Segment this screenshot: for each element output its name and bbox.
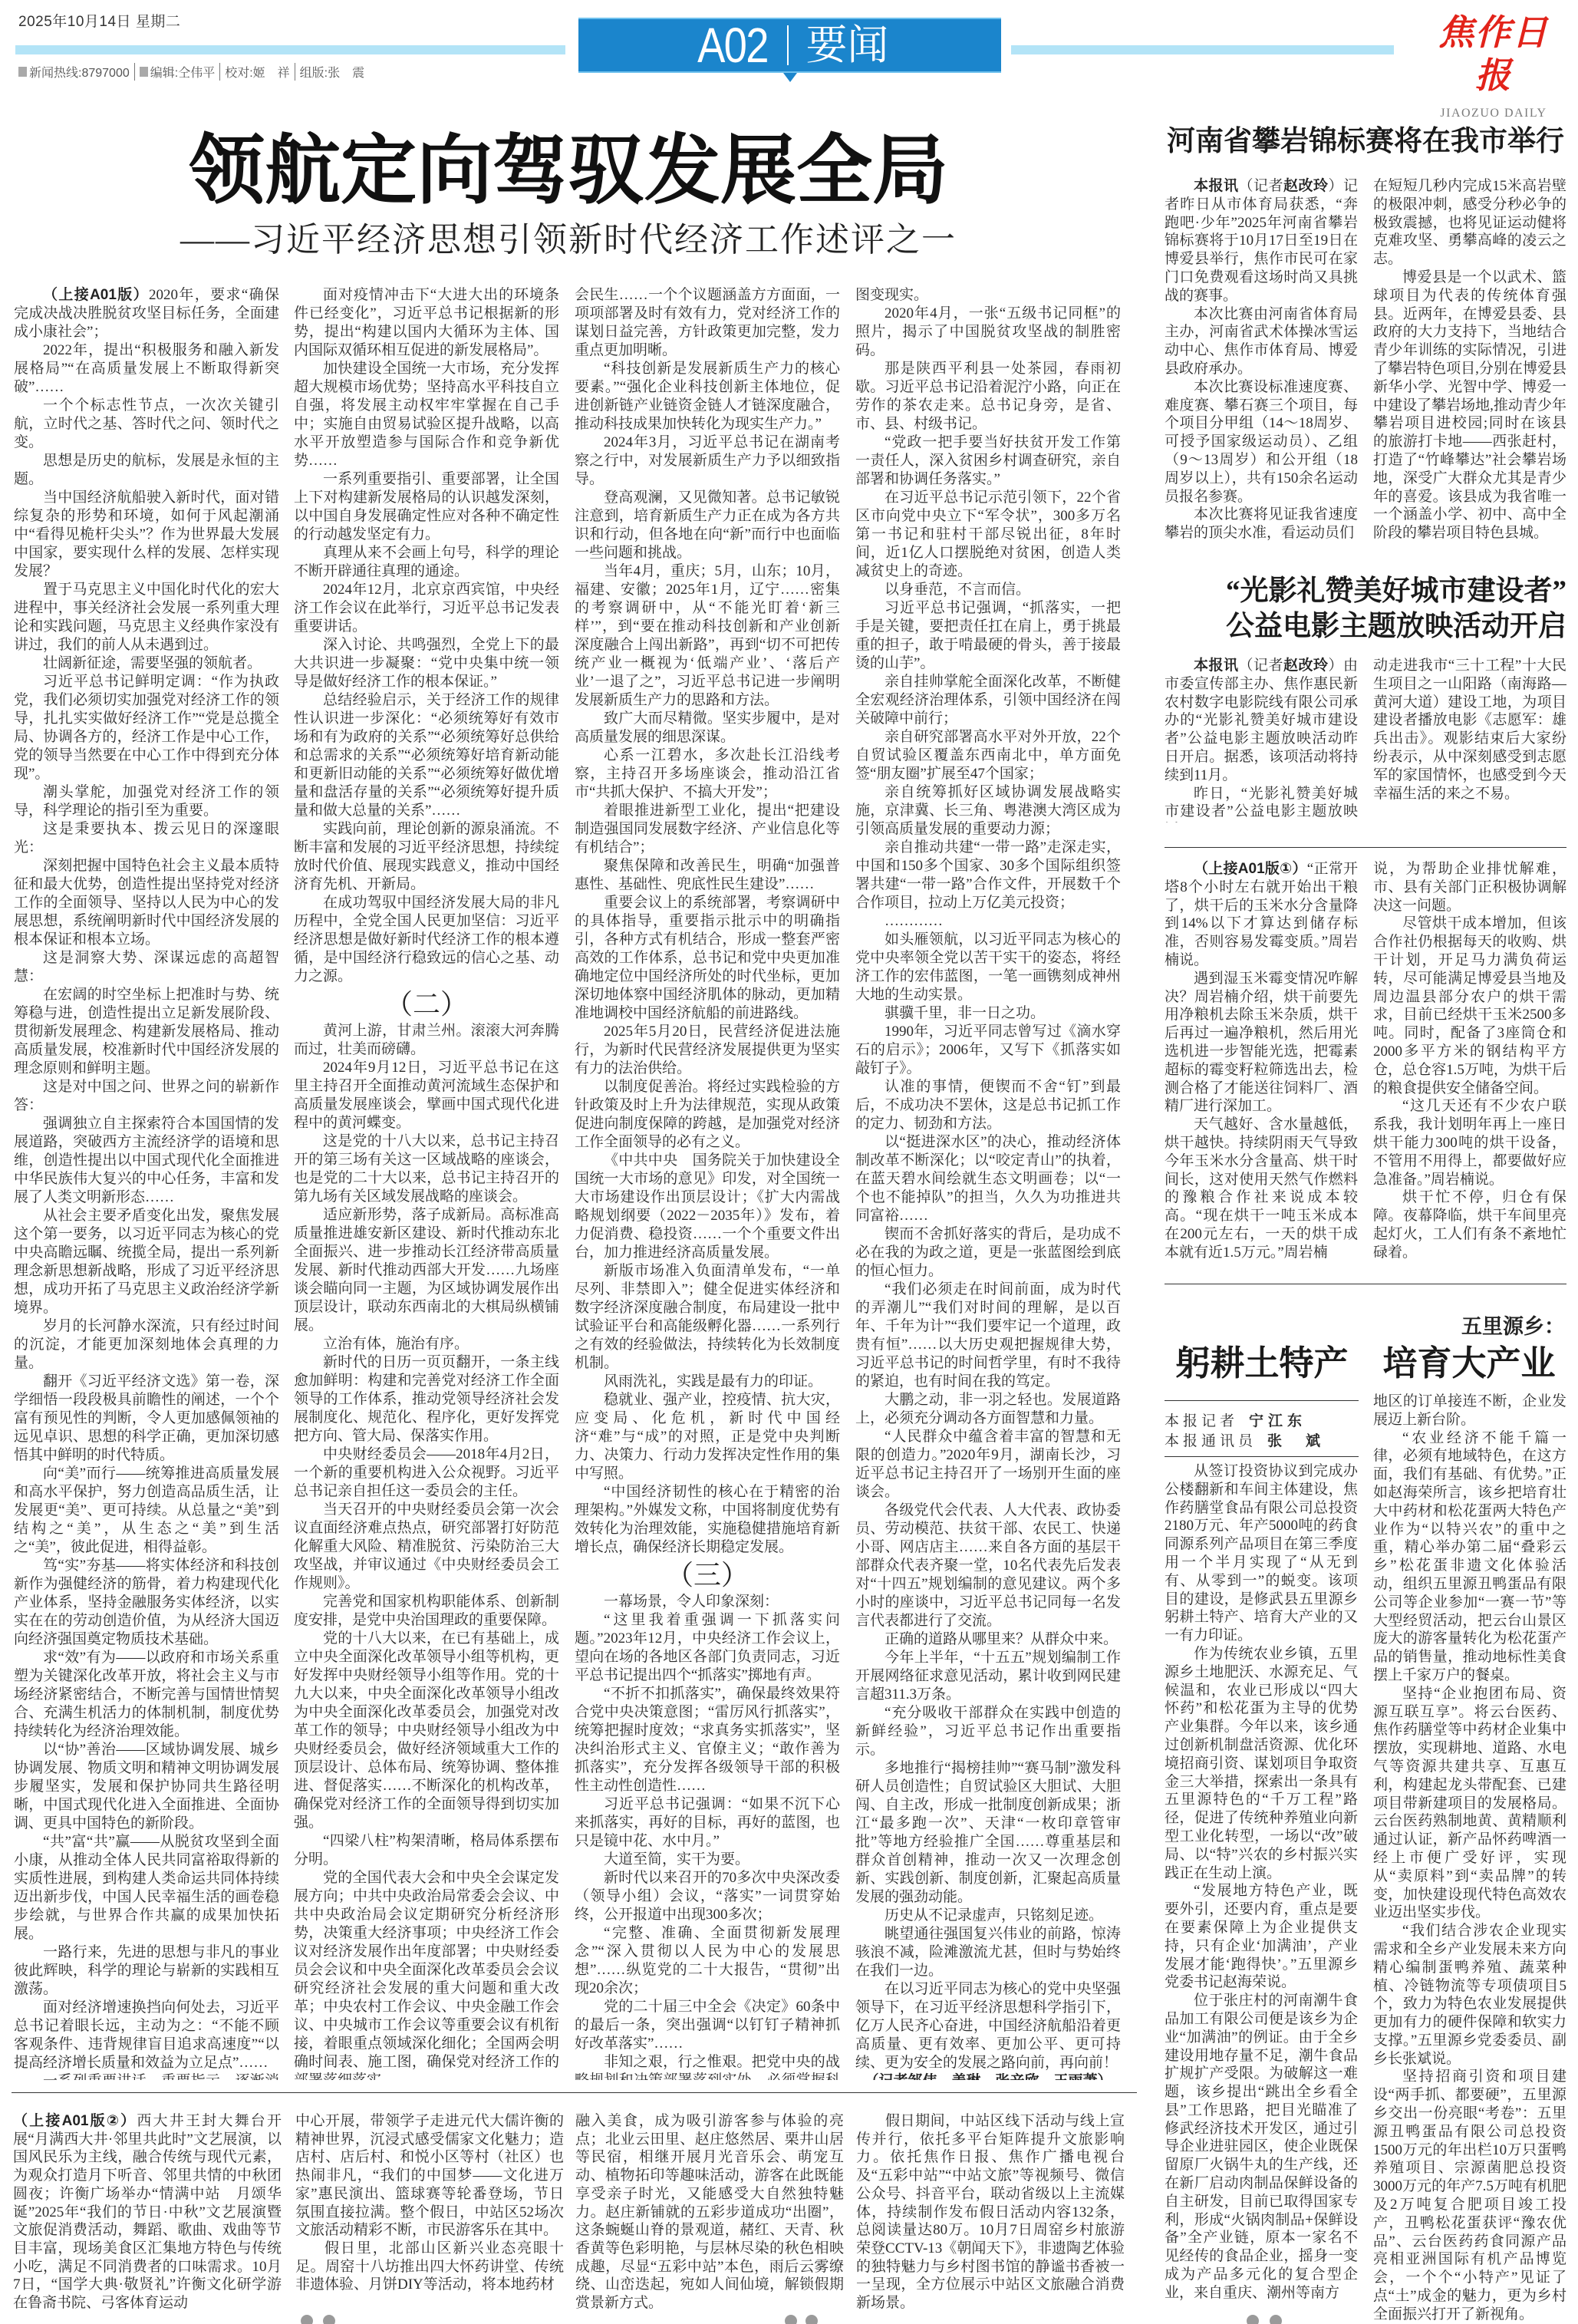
section-heading: （二） xyxy=(294,986,559,1022)
paragraph: 笃“实”夯基——将实体经济和科技创新作为强健经济的筋骨，着力构建现代化产业体系，… xyxy=(14,1557,279,1649)
paragraph: 本报讯（记者赵改玲）由市委宣传部主办、焦作惠民新农村数字电影院线有限公司承办的“… xyxy=(1165,657,1358,785)
paragraph: 黄河上游，甘肃兰州。滚滚大河奔腾而过，壮美而磅礴。 xyxy=(294,1022,559,1059)
paragraph: 眺望通往强国复兴伟业的前路，惊涛骇浪不减，险滩激流尤甚，但时与势始终在我们一边。 xyxy=(855,1925,1121,1980)
paragraph: 加快建设全国统一大市场，充分发挥超大规模市场优势；坚持高水平科技自立自强，将发展… xyxy=(294,360,559,470)
paragraph: ………… xyxy=(855,912,1121,931)
paragraph: 动走进我市“三十工程”十大民生项目之一山阳路（南海路—黄河大道）建设工地，为项目… xyxy=(1373,657,1566,803)
section-divider xyxy=(12,2092,1137,2093)
headline: 领航定向驾驭发展全局 xyxy=(0,130,1137,210)
paragraph: “我们必须走在时间前面，成为时代的弄潮儿”“我们对时间的理解，是以百年、千年为计… xyxy=(855,1281,1121,1391)
page-mark-icon xyxy=(1247,2315,1259,2324)
bottom-column-4: 假日期间，中站区线下活动与线上宣传并行，依托多平台矩阵提升文旅影响力。依托焦作日… xyxy=(856,2112,1125,2324)
lead-text: 赵改玲 xyxy=(1283,658,1328,674)
square-marker-icon xyxy=(140,67,148,77)
paragraph: 心系一江碧水，多次赴长江沿线考察，主持召开多场座谈会，推动沿江省市“共抓大保护、… xyxy=(575,747,840,802)
credit-editor: 编辑:仝伟平 xyxy=(134,63,219,81)
paragraph: 会民生……一个个议题涵盖方方面面，一项项部署及时有效有力，党对经济工作的谋划日益… xyxy=(575,286,840,360)
article-column-2: 面对疫情冲击下“大进大出的环境条件已经变化”，习近平总书记根据新的形势，提出“构… xyxy=(294,286,559,2080)
article-column-3: 会民生……一个个议题涵盖方方面面，一项项部署及时有效有力，党对经济工作的谋划日益… xyxy=(575,286,840,2080)
page-section-badge: A02 要闻 xyxy=(578,18,1001,73)
climbing-article-title: 河南省攀岩锦标赛将在我市举行 xyxy=(1165,124,1566,160)
page-mark-icon xyxy=(323,2315,335,2324)
paragraph: 《中共中央 国务院关于加快建设全国统一大市场的意见》印发，对全国统一大市场建设作… xyxy=(575,1152,840,1262)
badge-pointer-icon xyxy=(783,73,797,82)
paragraph: “发展地方特色产业，既要外引，还要内育，重点是要在要素保障上为企业提供支持，只有… xyxy=(1165,1882,1358,1992)
paragraph: 一个个标志性节点，一次次关键引航，立时代之基、答时代之问、领时代之变。 xyxy=(14,397,279,452)
paragraph: 以“挺进深水区”的决心，推动经济体制改革不断深化；以“咬定青山”的执着，在蓝天碧… xyxy=(855,1133,1121,1225)
paragraph: 新时代的日历一页页翻开，一条主线愈加鲜明：构建和完善党对经济工作全面领导的工作体… xyxy=(294,1353,559,1445)
paragraph: 完善党和国家机构职能体系、创新制度安排，是党中央治国理政的重要保障。 xyxy=(294,1593,559,1630)
paragraph: 历史从不记录虚声，只铭刻足迹。 xyxy=(855,1907,1121,1925)
byline-correspondent: 本报通讯员张 斌 xyxy=(1165,1432,1359,1452)
paragraph: 那是陕西平利县一处茶园，春雨初歇。习近平总书记沿着泥泞小路，向正在劳作的茶农走来… xyxy=(855,360,1121,433)
paragraph: 岁月的长河静水深流，只有经过时间的沉淀，才能更加深刻地体会真理的力量。 xyxy=(14,1317,279,1373)
paragraph: 亲自挂帅掌舵全面深化改革，不断健全宏观经济治理体系，引领中国经济在闯关破障中前行… xyxy=(855,673,1121,728)
paragraph: 聚焦保障和改善民生，明确“加强普惠性、基础性、兜底性民生建设”…… xyxy=(575,857,840,894)
logo-chinese: 焦作日报 xyxy=(1421,11,1566,97)
paragraph: 这是秉要执本、拨云见日的深邃眼光： xyxy=(14,820,279,857)
paragraph: 说，为帮助企业排忧解难，市、县有关部门正积极协调解决这一问题。 xyxy=(1373,860,1566,915)
paragraph: 习近平总书记强调：“如果不沉下心来抓落实，再好的目标，再好的蓝图，也只是镜中花、… xyxy=(575,1795,840,1851)
paragraph-text: （记者 xyxy=(1238,658,1283,674)
article-column-4: 图变现实。2020年4月，一张“五级书记同框”的照片，揭示了中国脱贫攻坚战的制胜… xyxy=(855,286,1121,2080)
film-column-1: 本报讯（记者赵改玲）由市委宣传部主办、焦作惠民新农村数字电影院线有限公司承办的“… xyxy=(1165,657,1358,822)
bottom-column-1: （上接A01版②）西大井王封大舞台开展“月满西大井·邻里共此时”文艺展演，以国风… xyxy=(13,2112,282,2324)
paragraph: 在以习近平同志为核心的党中央坚强领导下，在习近平经济思想科学指引下，亿万人民齐心… xyxy=(855,1980,1121,2072)
square-marker-icon xyxy=(18,67,27,77)
paragraph: 融入美食，成为吸引游客参与体验的亮点；北业云田里、赵庄悠然居、栗井山居等民宿，相… xyxy=(575,2112,844,2312)
paragraph: 2024年3月，习近平总书记在湖南考察之行中，对发展新质生产力予以细致指导。 xyxy=(575,433,840,489)
paragraph-text: 西大井王封大舞台开展“月满西大井·邻里共此时”文艺展演，以国风民乐为主线，融合传… xyxy=(13,2113,282,2311)
byline-rule-top xyxy=(1165,1400,1359,1401)
wuliyuan-column-1: 从签订投资协议到完成办公楼翻新和车间主体建设，焦作药膳堂食品有限公司总投资218… xyxy=(1165,1462,1358,2324)
paragraph: 这是对中国之问、世界之问的崭新作答： xyxy=(14,1078,279,1115)
section-name: 要闻 xyxy=(805,19,888,71)
credit-text: 组版:张 震 xyxy=(300,63,364,81)
paragraph: 一系列重要指引、重要部署，让全国上下对构建新发展格局的认识越发深刻，以中国自身发… xyxy=(294,470,559,544)
paragraph: 坚持“企业抱团布局、资源互联互享”。将云台医药、焦作药膳堂等中药材企业集中摆放，… xyxy=(1373,1685,1566,1922)
paragraph: 认准的事情，便锲而不舍“钉”到最后，不成功决不罢休，这是总书记抓工作的定力、韧劲… xyxy=(855,1078,1121,1133)
byline-name: 宁江东 xyxy=(1249,1413,1306,1429)
paragraph: 从签订投资协议到完成办公楼翻新和车间主体建设，焦作药膳堂食品有限公司总投资218… xyxy=(1165,1462,1358,1645)
paragraph: 中央财经委员会——2018年4月2日，一个新的重要机构进入公众视野。习近平总书记… xyxy=(294,1445,559,1501)
byline-role: 本报记者 xyxy=(1165,1413,1238,1429)
paragraph: “这几天还有不少农户联系我，我计划明年再上一座日烘干能力300吨的烘干设备，不管… xyxy=(1373,1097,1566,1188)
paragraph: 1990年，习近平同志曾写过《滴水穿石的启示》；2006年，又写下《抓落实如敲钉… xyxy=(855,1023,1121,1078)
paragraph: 向“美”而行——统筹推进高质量发展和高水平保护，努力创造高品质生活，让发展更“美… xyxy=(14,1465,279,1557)
paragraph: 置于马克思主义中国化时代化的宏大进程中，事关经济社会发展一系列重大理论和实践问题… xyxy=(14,581,279,654)
paragraph: 真理从来不会画上句号，科学的理论不断开辟通往真理的通途。 xyxy=(294,544,559,581)
paragraph: 立治有体，施治有序。 xyxy=(294,1335,559,1353)
paragraph: 以“协”善治——区域协调发展、城乡协调发展、物质文明和精神文明协调发展步履坚实，… xyxy=(14,1741,279,1833)
credit-hotline: 新闻热线:8797000 xyxy=(18,63,134,81)
paragraph: 一路行来，先进的思想与非凡的事业彼此辉映，科学的理论与崭新的实践相互激荡。 xyxy=(14,1943,279,1999)
paragraph: 当天召开的中央财经委员会第一次会议直面经济难点热点，研究部署打好防范化解重大风险… xyxy=(294,1501,559,1593)
paragraph: 锲而不舍抓好落实的背后，是功成不必在我的为政之道，更是一张蓝图绘到底的恒心恒力。 xyxy=(855,1225,1121,1281)
paragraph: 图变现实。 xyxy=(855,286,1121,305)
paragraph-text: ）由市委宣传部主办、焦作惠民新农村数字电影院线有限公司承办的“光影礼赞美好城市建… xyxy=(1165,658,1358,783)
byline-rule-bottom xyxy=(1165,1456,1359,1457)
paragraph: 一幕场景，令人印象深刻： xyxy=(575,1593,840,1611)
article-column-1: （上接A01版）2020年，要求“确保完成决战决胜脱贫攻坚目标任务，全面建成小康… xyxy=(14,286,279,2080)
paragraph: （上接A01版②）西大井王封大舞台开展“月满西大井·邻里共此时”文艺展演，以国风… xyxy=(13,2112,282,2312)
paragraph: 本次比赛由河南省体育局主办，河南省武术体操冰雪运动中心、焦作市体育局、博爱县政府… xyxy=(1165,305,1358,378)
paragraph: 本次比赛将见证我省速度攀岩的顶尖水准，看运动员们 xyxy=(1165,506,1358,542)
paragraph: 大道至简，实干为要。 xyxy=(575,1851,840,1869)
paragraph: 亲自推动共建“一带一路”走深走实，中国和150多个国家、30多个国际组织签署共建… xyxy=(855,839,1121,912)
paragraph: 遇到湿玉米霉变情况咋解决？周岩楠介绍，烘干前要先用净粮机去除玉米杂质，烘干后再过… xyxy=(1165,970,1358,1116)
title-line-1: “光影礼赞美好城市建设者” xyxy=(1165,574,1566,609)
paragraph: 思想是历史的航标，发展是永恒的主题。 xyxy=(14,452,279,489)
newspaper-logo: 焦作日报 JIAOZUO DAILY xyxy=(1421,11,1566,121)
paragraph: 面对经济增速换挡向何处去，习近平总书记着眼长远，主动为之：“不能不顾客观条件、违… xyxy=(14,1999,279,2072)
wuliyuan-title: 躬耕土特产 培育大产业 xyxy=(1165,1343,1566,1384)
paragraph: 新版市场准入负面清单发布，“一单尽列、非禁即入”；健全促进实体经济和数字经济深度… xyxy=(575,1262,840,1373)
lead-text: （上接A01版①） xyxy=(1194,861,1307,877)
lead-text: 赵改玲 xyxy=(1283,178,1328,194)
paragraph: 在成功驾驭中国经济发展大局的非凡历程中，全党全国人民更加坚信：习近平经济思想是做… xyxy=(294,894,559,986)
paragraph: 习近平总书记强调，“抓落实，一把手是关键，要把责任扛在肩上，勇于挑最重的担子，敢… xyxy=(855,599,1121,673)
paragraph-text: （记者 xyxy=(1238,178,1283,194)
paragraph: （上接A01版）2020年，要求“确保完成决战决胜脱贫攻坚目标任务，全面建成小康… xyxy=(14,286,279,341)
paragraph: 2025年5月20日，民营经济促进法施行，为新时代民营经济发展提供更为坚实有力的… xyxy=(575,1023,840,1078)
paragraph: 着眼推进新型工业化，提出“把建设制造强国同发展数字经济、产业信息化等有机结合”； xyxy=(575,802,840,857)
paragraph: 求“效”有为——以政府和市场关系重塑为关键深化改革开放，将社会主义与市场经济紧密… xyxy=(14,1649,279,1741)
paragraph: 作为传统农业乡镇，五里源乡土地肥沃、水源充足、气候温和，农业已形成以“四大怀药”… xyxy=(1165,1645,1358,1882)
paragraph: 中心开展，带领学子走进元代大儒许衡的精神世界，沉浸式感受儒家文化魅力；造店村、店… xyxy=(295,2112,564,2240)
credit-text: 编辑:仝伟平 xyxy=(150,63,215,81)
paragraph: 在宏阔的时空坐标上把准时与势、统筹稳与进，创造性提出立足新发展阶段、贯彻新发展理… xyxy=(14,986,279,1078)
byline-reporter: 本报记者宁江东 xyxy=(1165,1412,1359,1432)
credit-text: 新闻热线:8797000 xyxy=(29,63,130,81)
paragraph: 烘干忙不停，归仓有保障。夜幕降临，烘干车间里亮起灯火，工人们有条不紊地忙碌着。 xyxy=(1373,1188,1566,1261)
paragraph: 登高观澜，又见微知著。总书记敏锐注意到，培育新质生产力正在成为各方共识和行动，但… xyxy=(575,489,840,562)
paragraph: 深刻把握中国特色社会主义最本质特征和最大优势，创造性提出坚持党对经济工作的全面领… xyxy=(14,857,279,949)
lead-text: 本报讯 xyxy=(1194,178,1238,194)
paragraph: 坚持招商引资和项目建设“两手抓、都要硬”，五里源乡交出一份亮眼“考卷”：五里源丑… xyxy=(1373,2068,1566,2323)
paragraph-text: ）记者昨日从市体育局获悉，“奔跑吧·少年”2025年河南省攀岩锦标赛将于10月1… xyxy=(1165,178,1358,304)
paragraph: 以制度促善治。将经过实践检验的方针政策及时上升为法律规范，实现从政策促进向制度保… xyxy=(575,1078,840,1152)
paragraph: 党的二十届三中全会《决定》60条中的最后一条，突出强调“以钉钉子精神抓好改革落实… xyxy=(575,1998,840,2053)
paragraph: “完整、准确、全面贯彻新发展理念”“深入贯彻以人民为中心的发展思想”……纵览党的… xyxy=(575,1924,840,1998)
subheadline: ——习近平经济思想引领新时代经济工作述评之一 xyxy=(0,221,1137,259)
lead-text: 本报讯 xyxy=(1194,658,1238,674)
paragraph: 2024年9月12日，习近平总书记在这里主持召开全面推动黄河流域生态保护和高质量… xyxy=(294,1059,559,1132)
paragraph: 假日里，北部山区新兴业态亮眼十足。周窑十八坊推出四大怀药讲堂、传统非遗体验、月饼… xyxy=(295,2240,564,2294)
paragraph: 强调独立自主探索符合本国国情的发展道路，突破西方主流经济学的语境和思维，创造性提… xyxy=(14,1115,279,1207)
paragraph: 在习近平总书记示范引领下，22个省区市向党中央立下“军令状”，300多万名第一书… xyxy=(855,489,1121,581)
paragraph: “农业经济不能千篇一律，必须有地域特色，在这方面，我们有基础、有优势。”正如赵海… xyxy=(1373,1429,1566,1685)
paragraph: 2020年4月，一张“五级书记同框”的照片，揭示了中国脱贫攻坚战的制胜密码。 xyxy=(855,305,1121,360)
paragraph: 深入讨论、共鸣强烈，全党上下的最大共识进一步凝聚：“党中央集中统一领导是做好经济… xyxy=(294,636,559,691)
byline-name: 张 斌 xyxy=(1267,1433,1325,1449)
paragraph: 重要会议上的系统部署，考察调研中的具体指导，重要指示批示中的明确指引，各种方式有… xyxy=(575,894,840,1023)
paragraph: “充分吸收干部群众在实践中创造的新鲜经验”，习近平总书记作出重要指示。 xyxy=(855,1704,1121,1759)
paragraph: 风雨洗礼，实践是最有力的印证。 xyxy=(575,1373,840,1391)
paragraph: 2022年，提出“积极服务和融入新发展格局”“在高质量发展上不断取得新突破”…… xyxy=(14,341,279,397)
paragraph: “中国经济韧性的核心在于精密的治理架构。”外媒发文称，中国将制度优势有效转化为治… xyxy=(575,1483,840,1557)
paragraph: 当年4月，重庆；5月，山东；10月，福建、安徽；2025年1月，辽宁……密集的考… xyxy=(575,562,840,710)
paragraph: 党的十八大以来，在已有基础上，成立中央全面深化改革领导小组等机构，更好发挥中央财… xyxy=(294,1630,559,1832)
paragraph: 党的全国代表大会和中央全会谋定发展方向；中共中央政治局常委会会议、中共中央政治局… xyxy=(294,1869,559,2080)
film-column-2: 动走进我市“三十工程”十大民生项目之一山阳路（南海路—黄河大道）建设工地，为项目… xyxy=(1373,657,1566,822)
title-line-2: 公益电影主题放映活动开启 xyxy=(1165,609,1566,644)
paragraph: 这是党的十八大以来，总书记主持召开的第三场有关这一区域战略的座谈会，也是党的二十… xyxy=(294,1132,559,1206)
paragraph: 本次比赛设标准速度赛、难度赛、攀石赛三个项目，每个项目分甲组（14～18周岁、可… xyxy=(1165,378,1358,506)
paragraph: 当中国经济航船驶入新时代，面对错综复杂的形势和环境，如何于风起潮涌中“看得见桅杆… xyxy=(14,489,279,581)
credit-layout: 组版:张 震 xyxy=(295,63,369,81)
paragraph: 从社会主要矛盾变化出发，聚焦发展这个第一要务，以习近平同志为核心的党中央高瞻远瞩… xyxy=(14,1207,279,1317)
film-article-title: “光影礼赞美好城市建设者” 公益电影主题放映活动开启 xyxy=(1165,574,1566,644)
paragraph: 如头雁领航，以习近平同志为核心的党中央率领全党以苦干实干的姿态，将经济工作的宏伟… xyxy=(855,931,1121,1004)
badge-divider xyxy=(787,25,789,65)
paragraph: 本报讯（记者赵改玲）记者昨日从市体育局获悉，“奔跑吧·少年”2025年河南省攀岩… xyxy=(1165,177,1358,305)
paragraph: 亲自统筹抓好区域协调发展战略实施，京津冀、长三角、粤港澳大湾区成为引领高质量发展… xyxy=(855,783,1121,839)
paragraph: 今年上半年，“十五五”规划编制工作开展网络征求意见活动，累计收到网民建言超311… xyxy=(855,1649,1121,1704)
section-heading: （三） xyxy=(575,1557,840,1593)
paragraph: “党政一把手要当好扶贫开发工作第一责任人，深入贫困乡村调查研究，亲自部署和协调任… xyxy=(855,433,1121,489)
logo-english: JIAOZUO DAILY xyxy=(1421,106,1566,121)
paragraph: 壮阔新征途，需要坚强的领航者。 xyxy=(14,654,279,673)
paragraph: 位于张庄村的河南潮牛食品加工有限公司便是该乡为企业“加满油”的例证。由于全乡建设… xyxy=(1165,1992,1358,2303)
lead-text: （上接A01版） xyxy=(43,287,149,303)
paragraph: “共”富“共”赢——从脱贫攻坚到全面小康，从推动全体人民共同富裕取得新的实质性进… xyxy=(14,1833,279,1943)
paragraph: “人民群众中蕴含着丰富的智慧和无限的创造力。”2020年9月，湖南长沙，习近平总… xyxy=(855,1428,1121,1502)
page-mark-icon xyxy=(785,2315,797,2324)
paragraph: 习近平总书记鲜明定调：“作为执政党，我们必须切实加强党对经济工作的领导，扎扎实实… xyxy=(14,673,279,783)
paragraph: 潮头掌舵，加强党对经济工作的领导，科学理论的指引至为重要。 xyxy=(14,783,279,820)
byline-role: 本报通讯员 xyxy=(1165,1433,1257,1449)
page-number: A02 xyxy=(697,19,768,71)
paragraph: “科技创新是发展新质生产力的核心要素。”“强化企业科技创新主体地位，促进创新链产… xyxy=(575,360,840,433)
paragraph: 面对疫情冲击下“大进大出的环境条件已经变化”，习近平总书记根据新的形势，提出“构… xyxy=(294,286,559,360)
paragraph: 非知之艰，行之惟艰。把党中央的战略规划和决策部署落到实处，必须掌握科学的方法举措… xyxy=(575,2053,840,2080)
climbing-column-2: 在短短几秒内完成15米高岩壁的极限冲刺，感受分秒必争的极致震撼，也将见证运动健将… xyxy=(1373,177,1566,546)
header-rule-left xyxy=(15,45,565,54)
credit-text: 校对:姬 祥 xyxy=(225,63,289,81)
paragraph: 多地推行“揭榜挂帅”“赛马制”激发科研人员创造性；自贸试验区大胆试、大胆闯、自主… xyxy=(855,1759,1121,1907)
climbing-column-1: 本报讯（记者赵改玲）记者昨日从市体育局获悉，“奔跑吧·少年”2025年河南省攀岩… xyxy=(1165,177,1358,546)
page-mark-icon xyxy=(301,2315,313,2324)
article-byline: （记者邹伟、姜琳、张辛欣、王雨萧） xyxy=(855,2072,1121,2080)
lead-text: （上接A01版②） xyxy=(13,2113,137,2129)
page-mark-icon xyxy=(1270,2315,1282,2324)
paragraph: “这里我着重强调一下抓落实问题。”2023年12月，中央经济工作会议上，望向在场… xyxy=(575,1611,840,1685)
paragraph: 昨日，“光影礼赞美好城市建设者”公益电影主题放映活 xyxy=(1165,785,1358,822)
page-mark-icon xyxy=(805,2315,818,2324)
paragraph: 各级党代会代表、人大代表、政协委员、劳动模范、扶贫干部、农民工、快递小哥、网店店… xyxy=(855,1502,1121,1630)
paragraph: 亲自研究部署高水平对外开放，22个自贸试验区覆盖东西南北中，单方面免签“朋友圈”… xyxy=(855,728,1121,783)
grain-column-2: 说，为帮助企业排忧解难，市、县有关部门正积极协调解决这一问题。尽管烘干成本增加，… xyxy=(1373,860,1566,1264)
paragraph: 新时代以来召开的70多次中央深改委（领导小组）会议，“落实”一词贯穿始终，公开报… xyxy=(575,1869,840,1924)
paragraph: 一系列重要讲话、重要指示，逐渐消除一些人的“速度情结”“换挡焦虑”，从思想上彻底… xyxy=(14,2072,279,2080)
paragraph: 在短短几秒内完成15米高岩壁的极限冲刺，感受分秒必争的极致震撼，也将见证运动健将… xyxy=(1373,177,1566,269)
paragraph: “我们结合涉农企业现实需求和全乡产业发展未来方向精心编制蛋鸭养殖、蔬菜种植、冷链… xyxy=(1373,1922,1566,2068)
bottom-column-2: 中心开展，带领学子走进元代大儒许衡的精神世界，沉浸式感受儒家文化魅力；造店村、店… xyxy=(295,2112,564,2324)
paragraph: 稳就业、强产业，控疫情、抗大灾，应变局、化危机，新时代中国经济“难”与“成”的对… xyxy=(575,1391,840,1483)
paragraph: 适应新形势，落子成新局。高标准高质量推进雄安新区建设、新时代推动东北全面振兴、进… xyxy=(294,1206,559,1335)
paragraph: 正确的道路从哪里来？从群众中来。 xyxy=(855,1630,1121,1649)
paragraph: 尽管烘干成本增加，但该合作社仍根据每天的收购、烘干计划，开足马力满负荷运转，尽可… xyxy=(1373,915,1566,1097)
wuliyuan-byline: 本报记者宁江东 本报通讯员张 斌 xyxy=(1165,1412,1359,1452)
paragraph: 致广大而尽精微。坚实步履中，是对高质量发展的细思深谋。 xyxy=(575,710,840,747)
paragraph: “四梁八柱”构架清晰，格局体系摆布分明。 xyxy=(294,1832,559,1869)
paragraph: 实践向前，理论创新的源泉涌流。不断丰富和发展的习近平经济思想，持续绽放时代价值、… xyxy=(294,820,559,894)
credit-proofreader: 校对:姬 祥 xyxy=(219,63,294,81)
issue-date: 2025年10月14日 星期二 xyxy=(18,10,180,31)
paragraph: 博爱县是一个以武术、篮球项目为代表的传统体育强县。近两年，在博爱县委、县政府的大… xyxy=(1373,269,1566,542)
wuliyuan-kicker: 五里源乡： xyxy=(1165,1314,1565,1339)
sidebar-divider xyxy=(1165,1284,1566,1284)
paragraph: 总结经验启示，关于经济工作的规律性认识进一步深化：“必须统筹好有效市场和有为政府… xyxy=(294,691,559,820)
sidebar-divider xyxy=(1165,847,1566,848)
paragraph: 假日期间，中站区线下活动与线上宣传并行，依托多平台矩阵提升文旅影响力。依托焦作日… xyxy=(856,2112,1125,2312)
paragraph: 大鹏之动，非一羽之轻也。发展道路上，必须充分调动各方面智慧和力量。 xyxy=(855,1391,1121,1428)
paragraph: 地区的订单接连不断，企业发展迈上新台阶。 xyxy=(1373,1393,1566,1429)
paragraph: 这是洞察大势、深谋远虑的高超智慧： xyxy=(14,949,279,986)
header-rule-right xyxy=(1011,45,1394,54)
staff-credits: 新闻热线:8797000 编辑:仝伟平 校对:姬 祥 组版:张 震 xyxy=(18,63,369,81)
paragraph: 骐骥千里，非一日之功。 xyxy=(855,1004,1121,1023)
grain-column-1: （上接A01版①）“正常开塔8个小时左右就开始出干粮了，烘干后的玉米水分含量降到… xyxy=(1165,860,1358,1264)
bottom-column-3: 融入美食，成为吸引游客参与体验的亮点；北业云田里、赵庄悠然居、栗井山居等民宿，相… xyxy=(575,2112,844,2324)
paragraph: 2024年12月，北京京西宾馆，中央经济工作会议在此举行，习近平总书记发表重要讲… xyxy=(294,581,559,636)
paragraph: 以身垂范，不言而信。 xyxy=(855,581,1121,599)
paragraph: （上接A01版①）“正常开塔8个小时左右就开始出干粮了，烘干后的玉米水分含量降到… xyxy=(1165,860,1358,970)
paragraph: 翻开《习近平经济文选》第一卷，深学细悟一段段极具前瞻性的阐述，一个个富有预见性的… xyxy=(14,1373,279,1465)
paragraph: 天气越好、含水量越低，烘干越快。持续阴雨天气导致今年玉米水分含量高、烘干时间长，… xyxy=(1165,1116,1358,1261)
paragraph: “不折不扣抓落实”，确保最终效果符合党中央决策意图；“雷厉风行抓落实”，统筹把握… xyxy=(575,1685,840,1795)
wuliyuan-column-2: 地区的订单接连不断，企业发展迈上新台阶。“农业经济不能千篇一律，必须有地域特色，… xyxy=(1373,1393,1566,2324)
